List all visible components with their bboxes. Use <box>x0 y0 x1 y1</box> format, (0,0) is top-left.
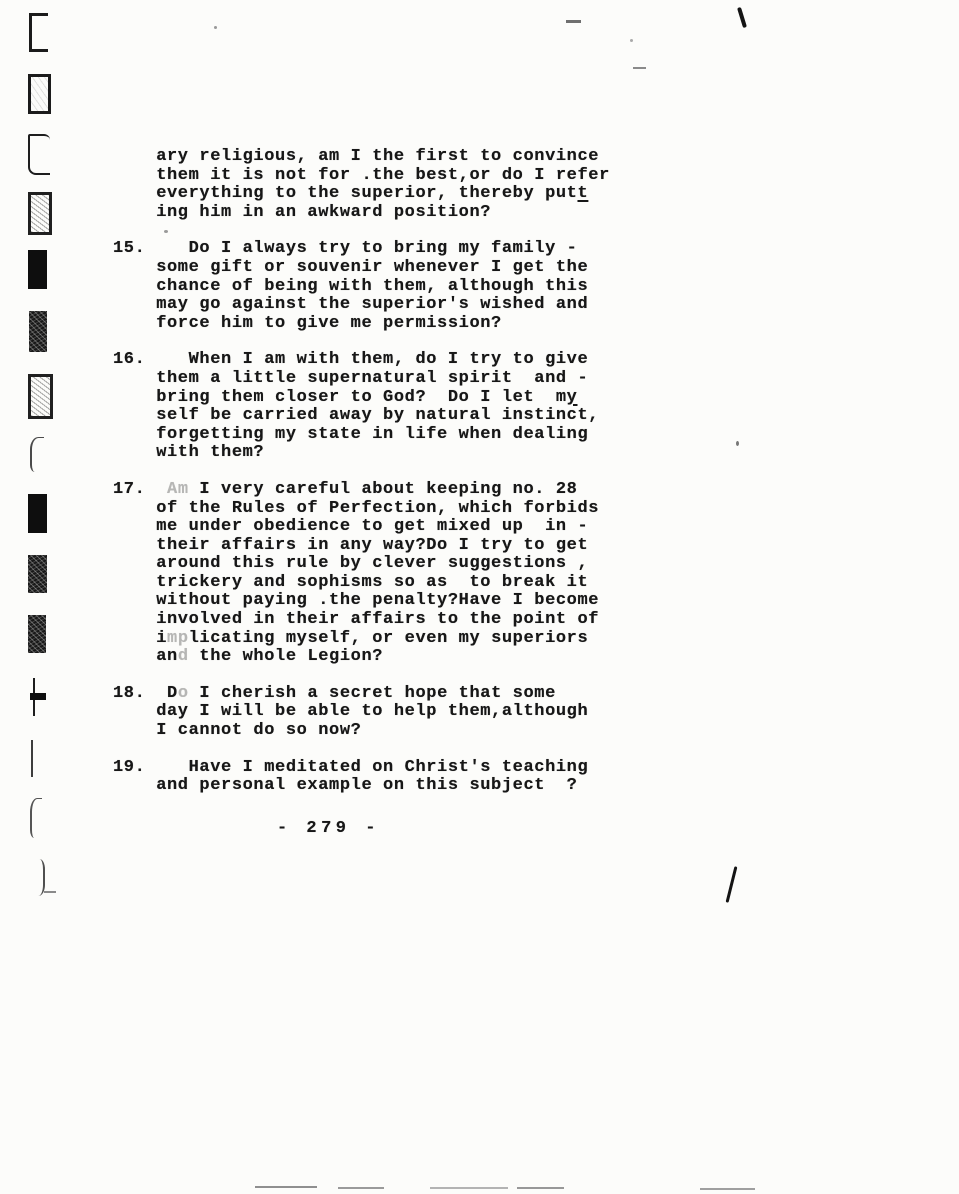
paper-speck-1 <box>736 441 739 446</box>
text-line: involved in their affairs to the point o… <box>113 611 610 630</box>
text-line: forgetting my state in life when dealing <box>113 426 610 445</box>
text-line: ing him in an awkward position? <box>113 204 610 223</box>
stray-dash-upper <box>633 67 646 69</box>
text-line: day I will be able to help them,although <box>113 703 610 722</box>
paper-speck-3 <box>630 39 633 42</box>
binding-mark-11-speckled <box>28 615 46 653</box>
text-line: may go against the superior's wished and <box>113 296 610 315</box>
paragraph-item-18: 18. Do I cherish a secret hope that some… <box>113 685 610 741</box>
text-line: implicating myself, or even my superiors <box>113 630 610 649</box>
text-line: with them? <box>113 444 610 463</box>
binding-mark-6-speckled <box>29 311 47 352</box>
text-line: trickery and sophisms so as to break it <box>113 574 610 593</box>
text-line: 17. Am I very careful about keeping no. … <box>113 481 610 500</box>
scan-edge-line-4 <box>517 1187 564 1189</box>
text-line: them a little supernatural spirit and - <box>113 370 610 389</box>
text-line: of the Rules of Perfection, which forbid… <box>113 500 610 519</box>
text-line: 15. Do I always try to bring my family - <box>113 240 610 259</box>
text-line: around this rule by clever suggestions , <box>113 555 610 574</box>
page-number: - 279 - <box>277 819 380 838</box>
text-line: chance of being with them, although this <box>113 278 610 297</box>
text-block: ary religious, am I the first to convinc… <box>113 148 610 814</box>
paragraph-item-17: 17. Am I very careful about keeping no. … <box>113 481 610 667</box>
binding-mark-4-speckled <box>28 192 52 235</box>
stray-dash-top-left <box>566 20 581 23</box>
text-line: without paying .the penalty?Have I becom… <box>113 592 610 611</box>
text-line: force him to give me permission? <box>113 315 610 334</box>
binding-mark-10-speckled <box>28 555 47 593</box>
scan-edge-line-3 <box>430 1187 508 1189</box>
binding-mark-1-bracket <box>29 13 48 52</box>
text-line: and the whole Legion? <box>113 648 610 667</box>
scan-edge-line-1 <box>255 1186 317 1188</box>
text-line: self be carried away by natural instinct… <box>113 407 610 426</box>
text-line: everything to the superior, thereby putt <box>113 185 610 204</box>
text-line: and personal example on this subject ? <box>113 777 610 796</box>
scan-edge-line-5 <box>700 1188 755 1190</box>
stray-slash-mark <box>726 866 738 903</box>
binding-mark-13-vline <box>31 740 33 777</box>
text-line: 16. When I am with them, do I try to giv… <box>113 351 610 370</box>
binding-mark-12-dash <box>30 693 46 700</box>
binding-mark-7-speckled <box>28 374 53 419</box>
text-line: ary religious, am I the first to convinc… <box>113 148 610 167</box>
paragraph-item-16: 16. When I am with them, do I try to giv… <box>113 351 610 463</box>
binding-mark-3-bracket <box>28 134 50 175</box>
text-line: bring them closer to God? Do I let my <box>113 389 610 408</box>
paragraph-item-14-continuation: ary religious, am I the first to convinc… <box>113 148 610 222</box>
text-line: me under obedience to get mixed up in - <box>113 518 610 537</box>
binding-mark-5-solid <box>28 250 47 289</box>
binding-mark-14-curve <box>30 798 42 838</box>
binding-mark-8-curve <box>30 437 44 472</box>
text-line: 19. Have I meditated on Christ's teachin… <box>113 759 610 778</box>
binding-mark-2-outline <box>28 74 51 114</box>
paragraph-item-15: 15. Do I always try to bring my family -… <box>113 240 610 333</box>
text-line: I cannot do so now? <box>113 722 610 741</box>
scan-edge-line-2 <box>338 1187 384 1189</box>
text-line: their affairs in any way?Do I try to get <box>113 537 610 556</box>
text-line: 18. Do I cherish a secret hope that some <box>113 685 610 704</box>
binding-mark-9-solid <box>28 494 47 533</box>
text-line: them it is not for .the best,or do I ref… <box>113 167 610 186</box>
paragraph-item-19: 19. Have I meditated on Christ's teachin… <box>113 759 610 796</box>
scanned-page: ary religious, am I the first to convinc… <box>0 0 959 1194</box>
paper-speck-2 <box>214 26 217 29</box>
text-line: some gift or souvenir whenever I get the <box>113 259 610 278</box>
stray-backslash-mark <box>737 7 747 28</box>
binding-mark-15-tail <box>44 891 56 893</box>
